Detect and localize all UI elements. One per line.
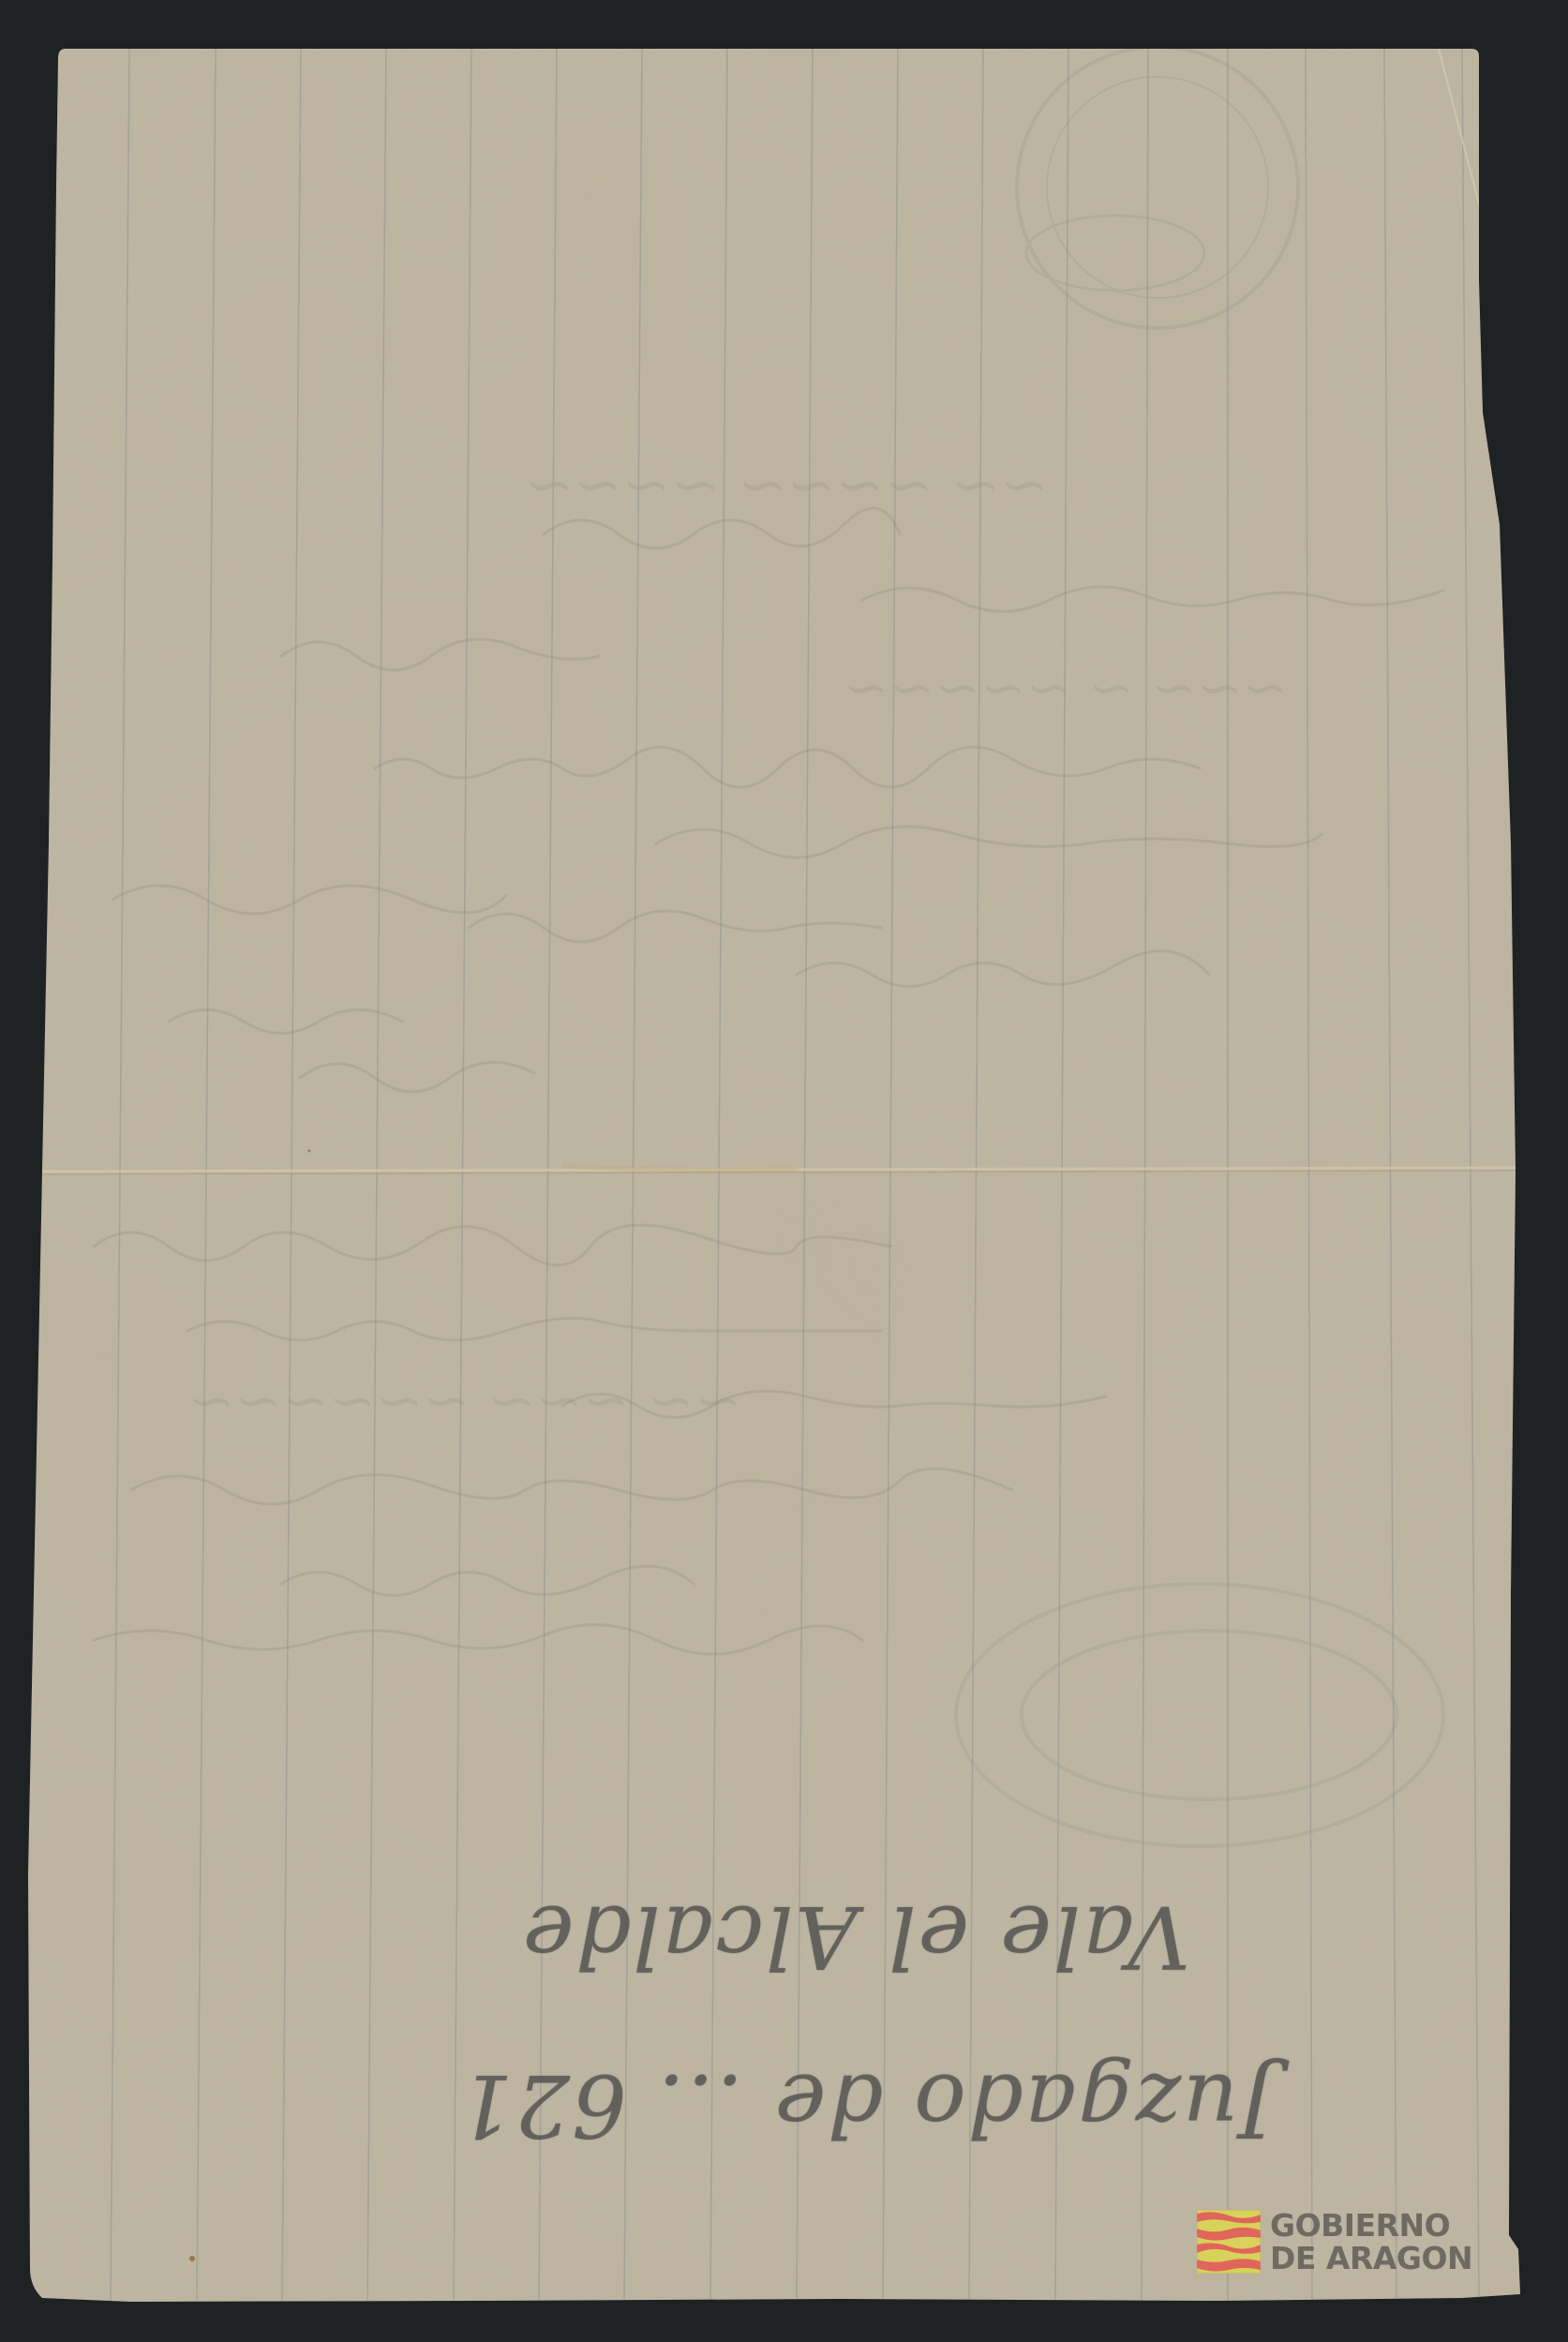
annotation-line-1: Juzgado de ... 621	[456, 2055, 1275, 2156]
gobierno-de-aragon-logo: GOBIERNO DE ARAGON	[1197, 2208, 1472, 2275]
bleed-through-fragment: ~~ ~~~~ ~~~~	[525, 450, 1049, 518]
aragon-flag-icon	[1197, 2210, 1261, 2274]
pencil-annotation: Juzgado de ... 621 Vale el Alcalde	[84, 1837, 1331, 2174]
annotation-line-2: Vale el Alcalde	[521, 1887, 1190, 1987]
logo-line-1: GOBIERNO	[1270, 2209, 1472, 2242]
bleed-through-fragment: ~~ ~~~ ~~~~~~	[187, 1368, 741, 1434]
bleed-through-fragment: ~~~ ~ ~~~~~	[844, 656, 1288, 720]
stain	[189, 2256, 195, 2261]
stain	[308, 1150, 311, 1153]
logo-wordmark: GOBIERNO DE ARAGON	[1270, 2209, 1472, 2275]
logo-line-2: DE ARAGON	[1270, 2242, 1472, 2275]
scanned-document: ~~ ~~~~ ~~~~ ~~~ ~ ~~~~~ ~~ ~~~ ~~~~~~ J…	[0, 0, 1568, 2342]
